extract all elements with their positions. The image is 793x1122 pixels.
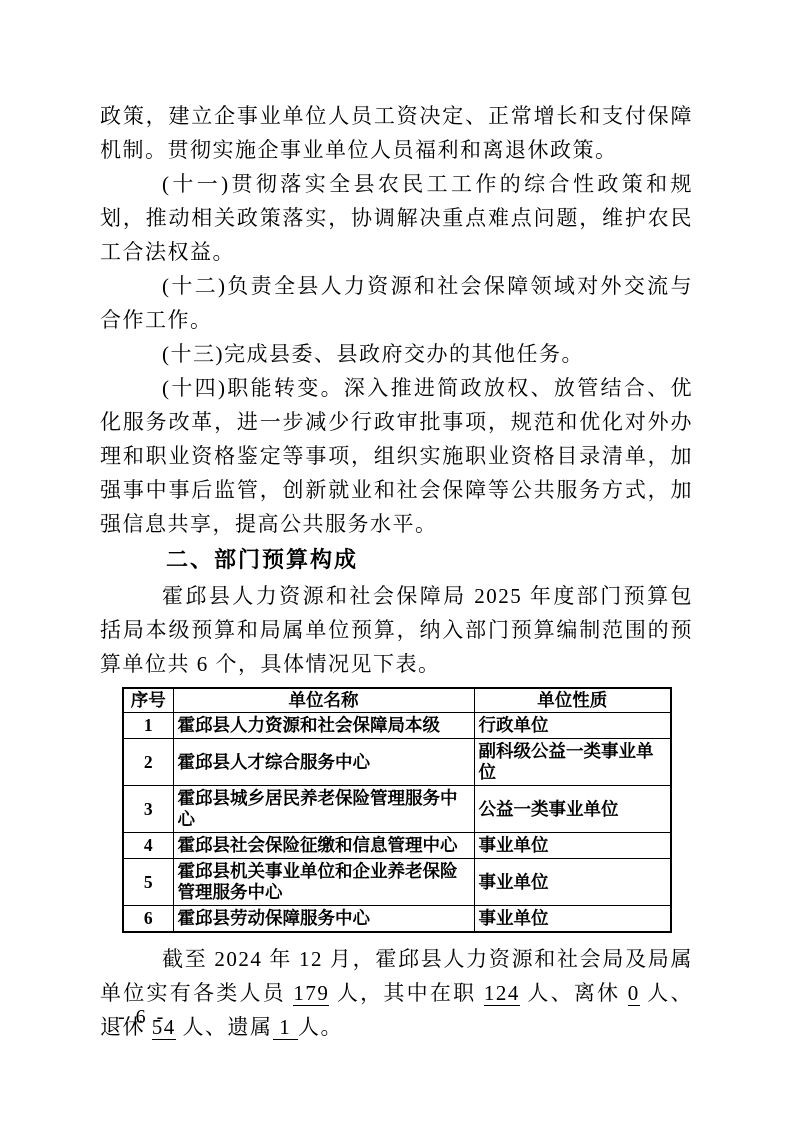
document-content: 政策，建立企事业单位人员工资决定、正常增长和支付保障机制。贯彻实施企事业单位人员…: [100, 99, 693, 1044]
table-header-row: 序号 单位名称 单位性质: [123, 688, 671, 713]
unit-type: 行政单位: [474, 713, 671, 739]
table-row: 4 霍邱县社会保险征缴和信息管理中心 事业单位: [123, 833, 671, 859]
unit-name: 霍邱县社会保险征缴和信息管理中心: [173, 833, 474, 859]
table-header-unit-type: 单位性质: [474, 688, 671, 713]
unit-type: 事业单位: [474, 859, 671, 906]
document-page: 政策，建立企事业单位人员工资决定、正常增长和支付保障机制。贯彻实施企事业单位人员…: [0, 0, 793, 1122]
unit-type: 公益一类事业单位: [474, 786, 671, 833]
unit-name: 霍邱县人力资源和社会保障局本级: [173, 713, 474, 739]
unit-type: 副科级公益一类事业单位: [474, 739, 671, 786]
table-row: 1 霍邱县人力资源和社会保障局本级 行政单位: [123, 713, 671, 739]
staffing-total-count: 179: [293, 981, 329, 1006]
paragraph-budget-intro: 霍邱县人力资源和社会保障局 2025 年度部门预算包括局本级预算和局属单位预算，…: [100, 579, 693, 681]
unit-type: 事业单位: [474, 906, 671, 933]
unit-name: 霍邱县人才综合服务中心: [173, 739, 474, 786]
table-header-index: 序号: [123, 688, 173, 713]
section-heading: 二、部门预算构成: [166, 541, 693, 579]
paragraph-item-13: (十三)完成县委、县政府交办的其他任务。: [100, 337, 693, 371]
table-row: 3 霍邱县城乡居民养老保险管理服务中心 公益一类事业单位: [123, 786, 671, 833]
paragraph-item-12: (十二)负责全县人力资源和社会保障领域对外交流与合作工作。: [100, 269, 693, 337]
unit-name: 霍邱县机关事业单位和企业养老保险管理服务中心: [173, 859, 474, 906]
staffing-inservice-count: 124: [484, 981, 520, 1006]
unit-name: 霍邱县劳动保障服务中心: [173, 906, 474, 933]
table-header-unit-name: 单位名称: [173, 688, 474, 713]
row-index: 2: [123, 739, 173, 786]
paragraph-item-14: (十四)职能转变。深入推进简政放权、放管结合、优化服务改革，进一步减少行政审批事…: [100, 371, 693, 541]
staffing-text-mid1: 人，其中在职: [329, 981, 483, 1005]
staffing-text-mid2: 人、离休: [520, 981, 628, 1005]
budget-units-table: 序号 单位名称 单位性质 1 霍邱县人力资源和社会保障局本级 行政单位 2 霍邱…: [122, 687, 672, 933]
staffing-text-mid4: 人、遗属: [176, 1015, 273, 1039]
table-row: 5 霍邱县机关事业单位和企业养老保险管理服务中心 事业单位: [123, 859, 671, 906]
staffing-lixiu-count: 0: [628, 981, 640, 1006]
paragraph-staffing: 截至 2024 年 12 月，霍邱县人力资源和社会局及局属单位实有各类人员 17…: [100, 942, 693, 1044]
paragraph-item-11: (十一)贯彻落实全县农民工工作的综合性政策和规划，推动相关政策落实，协调解决重点…: [100, 167, 693, 269]
row-index: 3: [123, 786, 173, 833]
table-row: 6 霍邱县劳动保障服务中心 事业单位: [123, 906, 671, 933]
paragraph-policy-continuation: 政策，建立企事业单位人员工资决定、正常增长和支付保障机制。贯彻实施企事业单位人员…: [100, 99, 693, 167]
row-index: 1: [123, 713, 173, 739]
row-index: 5: [123, 859, 173, 906]
staffing-text-suffix: 人。: [298, 1015, 343, 1039]
unit-type: 事业单位: [474, 833, 671, 859]
table-row: 2 霍邱县人才综合服务中心 副科级公益一类事业单位: [123, 739, 671, 786]
unit-name: 霍邱县城乡居民养老保险管理服务中心: [173, 786, 474, 833]
staffing-survivor-count: 1: [273, 1015, 299, 1040]
page-number: - 6 -: [118, 1006, 166, 1029]
row-index: 4: [123, 833, 173, 859]
row-index: 6: [123, 906, 173, 933]
